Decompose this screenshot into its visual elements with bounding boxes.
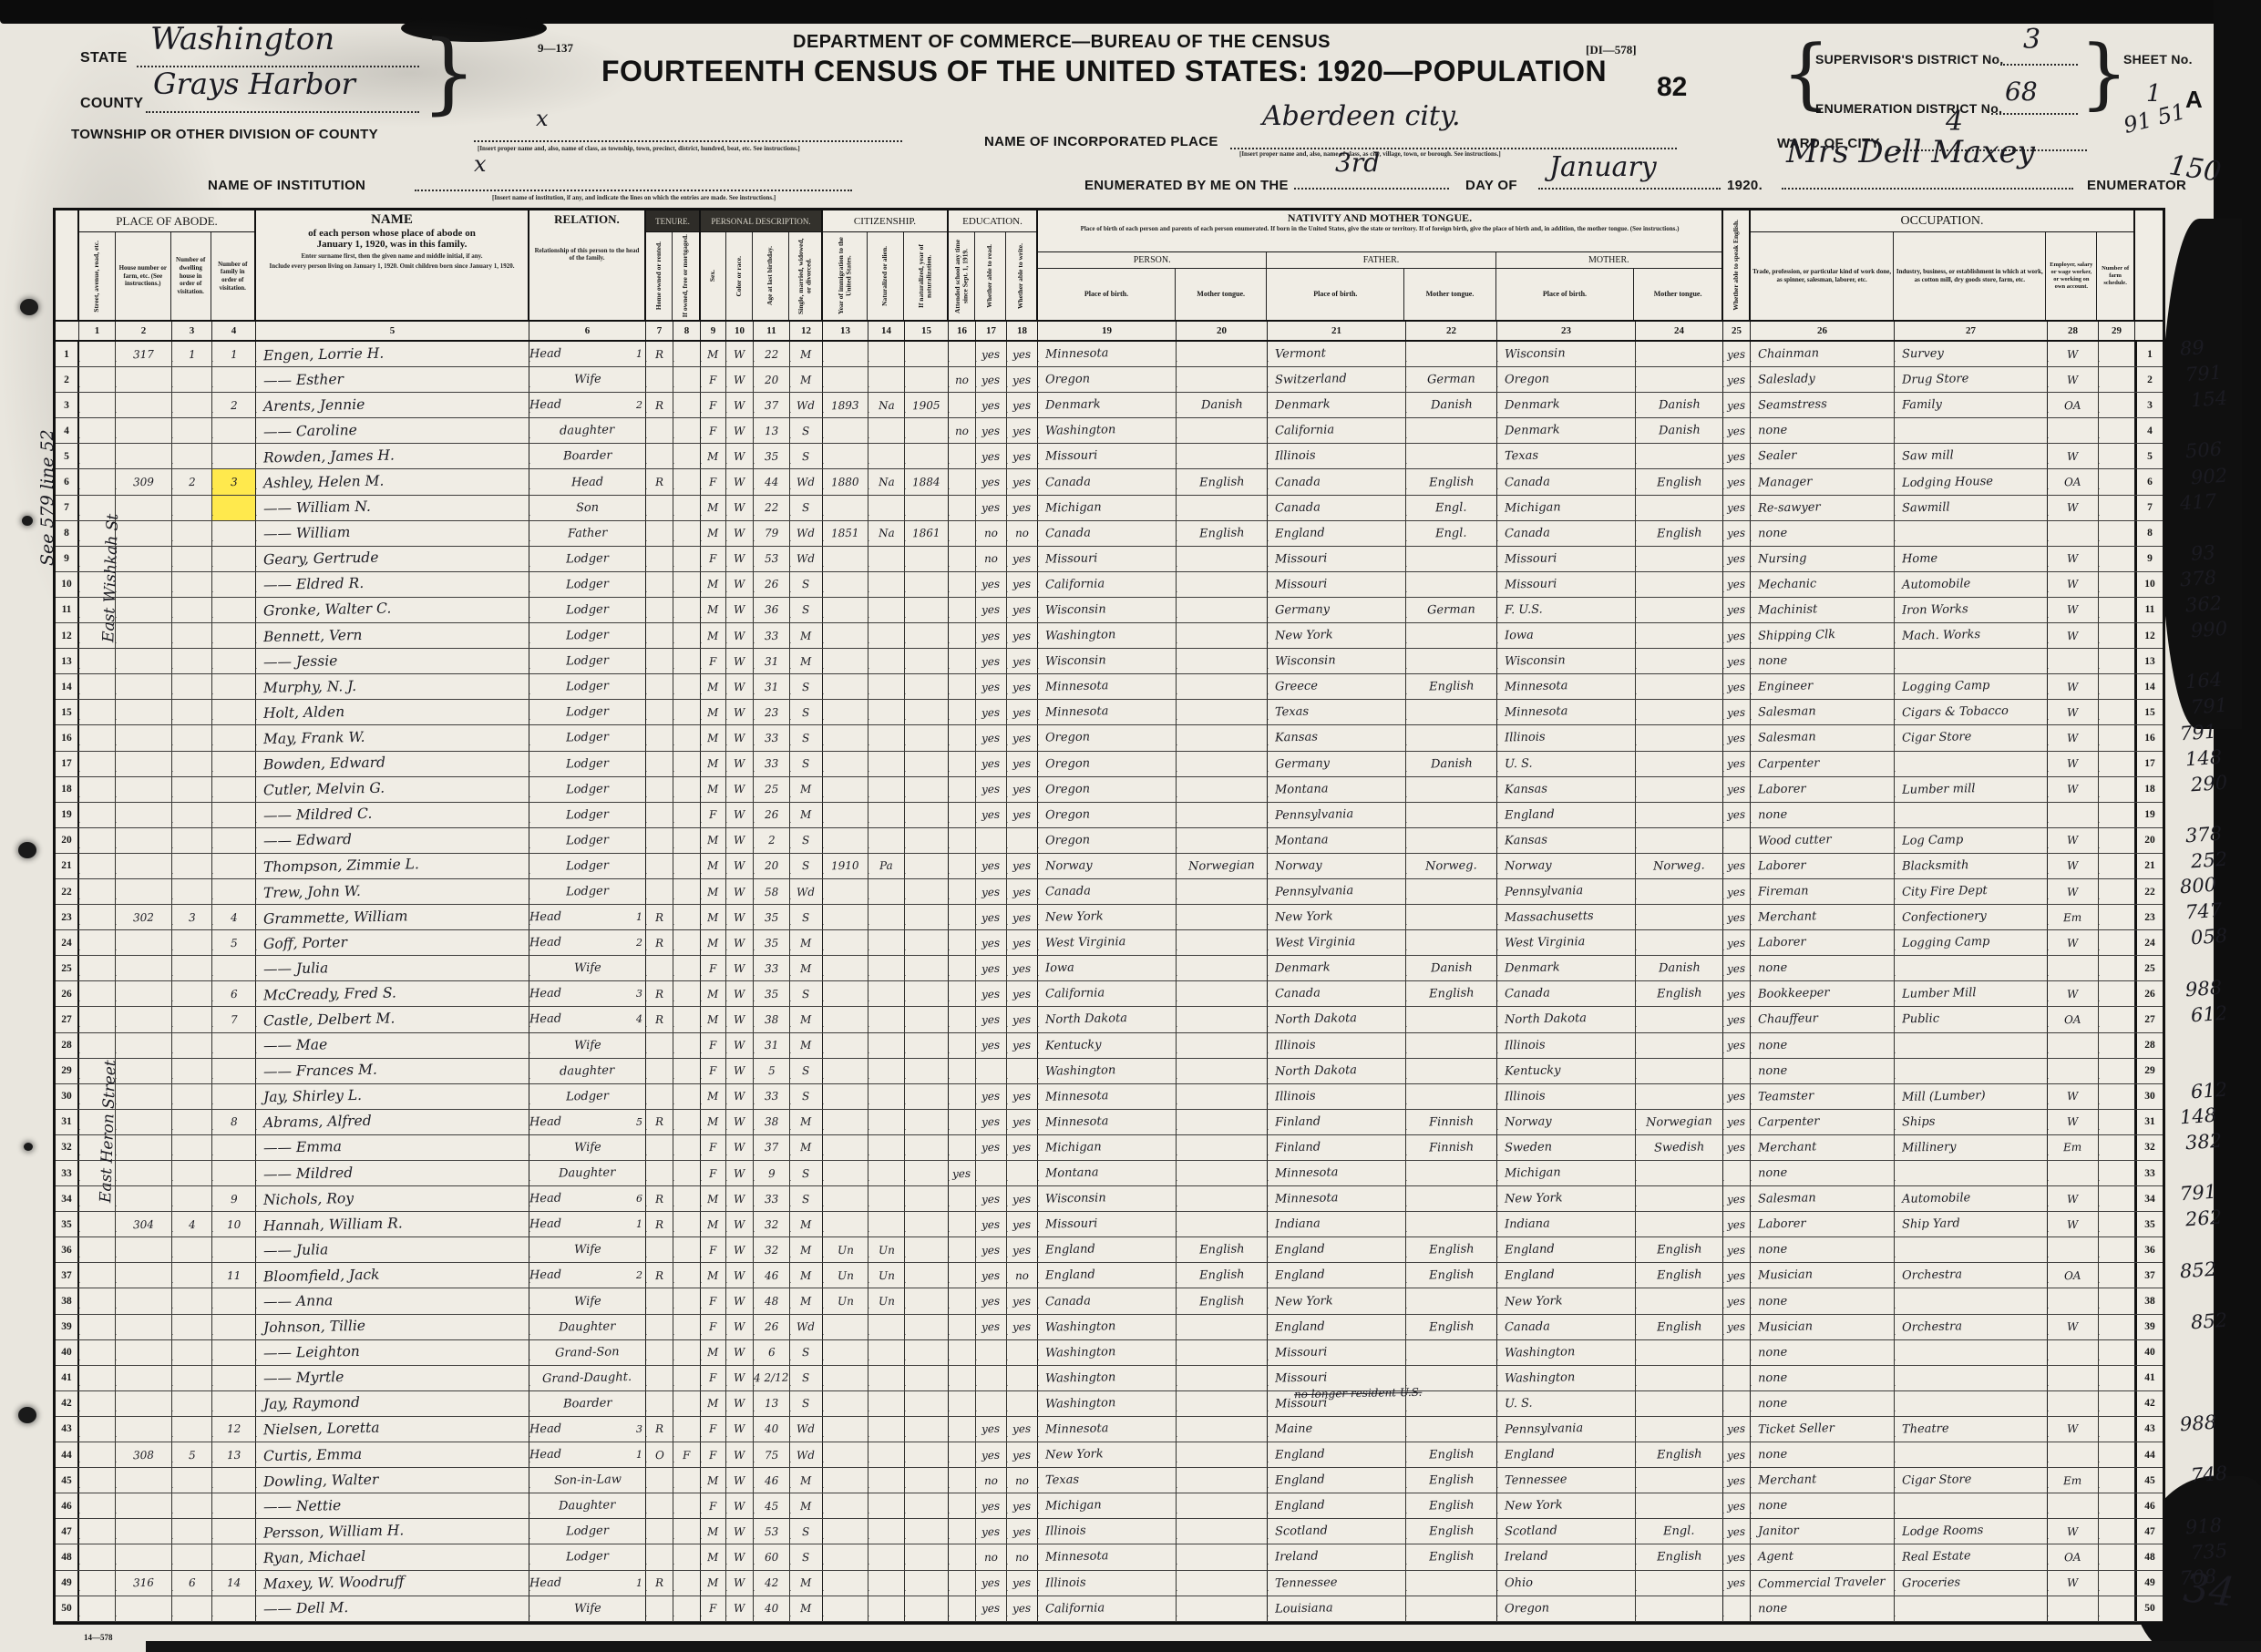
cell-tenure	[646, 803, 673, 827]
cell-write: yes	[1007, 367, 1038, 392]
enumerated-day: 3rd	[1335, 149, 1380, 176]
cell-mother-tongue	[1636, 700, 1723, 724]
cell-marital: Wd	[790, 1315, 823, 1339]
cell-tenure	[646, 623, 673, 648]
cell-dwelling	[172, 1084, 212, 1109]
cell-naturalized	[868, 1519, 905, 1544]
cell-dwelling	[172, 547, 212, 571]
cell-sex: F	[701, 1161, 726, 1185]
cell-name: —— Esther	[256, 367, 529, 392]
cell-house	[116, 1007, 172, 1031]
cell-person-tongue	[1177, 547, 1268, 571]
cell-school	[949, 572, 976, 597]
cell-sex: M	[701, 777, 726, 802]
cell-class: W	[2048, 1110, 2099, 1134]
cell-person-tongue	[1177, 828, 1268, 853]
cell-dwelling	[172, 1417, 212, 1442]
cell-color: W	[726, 1315, 754, 1339]
census-row: 50—— Dell M.WifeFW40MyesyesCaliforniaLou…	[56, 1596, 2163, 1622]
margin-number: 148	[2184, 745, 2223, 770]
cell-family: 12	[212, 1417, 256, 1442]
cell-family	[212, 1237, 256, 1262]
cell-person-tongue: English	[1177, 521, 1268, 546]
cell-english: yes	[1723, 444, 1751, 468]
cell-family	[212, 572, 256, 597]
cell-owned	[673, 700, 701, 724]
cell-relation: Head2	[529, 930, 646, 955]
cell-person-tongue	[1177, 1366, 1268, 1390]
cell-person-birth: Denmark	[1038, 393, 1177, 417]
census-row: 266McCready, Fred S.Head3RMW35SyesyesCal…	[56, 981, 2163, 1007]
cell-sex: M	[701, 1084, 726, 1109]
cell-english	[1723, 1596, 1751, 1621]
cell-person-birth: Wisconsin	[1038, 1186, 1177, 1211]
cell-read: yes	[976, 1571, 1007, 1596]
line-number-left: 22	[56, 879, 79, 904]
cell-owned	[673, 623, 701, 648]
cell-immigration	[823, 1544, 868, 1569]
cell-class: W	[2048, 342, 2099, 366]
cell-marital: S	[790, 598, 823, 622]
cell-father-birth: Scotland	[1268, 1519, 1406, 1544]
cell-farm	[2099, 469, 2135, 494]
cell-person-tongue: Norwegian	[1177, 854, 1268, 878]
cell-mother-tongue	[1636, 674, 1723, 699]
cell-person-tongue	[1177, 367, 1268, 392]
cell-write: yes	[1007, 905, 1038, 929]
cell-nat-year	[905, 1161, 949, 1185]
census-row: 35304410Hannah, William R.Head1RMW32Myes…	[56, 1212, 2163, 1237]
cell-father-tongue	[1406, 1212, 1497, 1236]
census-row: 14Murphy, N. J.LodgerMW31SyesyesMinnesot…	[56, 674, 2163, 700]
cell-house	[116, 674, 172, 699]
cell-person-tongue	[1177, 752, 1268, 776]
cell-occupation: Musician	[1751, 1263, 1895, 1288]
cell-school	[949, 1263, 976, 1288]
cell-father-birth: New York	[1268, 905, 1406, 929]
cell-class: W	[2048, 700, 2099, 724]
cell-read: yes	[976, 1186, 1007, 1211]
cell-father-tongue	[1406, 1596, 1497, 1621]
line-number-right: 28	[2135, 1033, 2163, 1058]
cell-name: Rowden, James H.	[256, 444, 529, 468]
cell-father-birth: Indiana	[1268, 1212, 1406, 1236]
cell-mother-birth: Washington	[1497, 1340, 1636, 1365]
cell-name: —— William N.	[256, 496, 529, 520]
cell-color: W	[726, 547, 754, 571]
cell-industry: Lumber mill	[1895, 777, 2048, 802]
col-mother-birth-head: Place of birth.	[1541, 288, 1588, 301]
cell-english: yes	[1723, 1468, 1751, 1493]
cell-father-tongue	[1406, 879, 1497, 904]
cell-mother-birth: Michigan	[1497, 1161, 1636, 1185]
cell-naturalized	[868, 1493, 905, 1518]
cell-school	[949, 854, 976, 878]
cell-relation: Wife	[529, 956, 646, 980]
line-number-left: 21	[56, 854, 79, 878]
cell-dwelling: 2	[172, 469, 212, 494]
cell-class: Em	[2048, 1135, 2099, 1160]
line-number-left: 29	[56, 1059, 79, 1083]
state-label: STATE	[80, 51, 128, 67]
cell-tenure	[646, 1237, 673, 1262]
census-row: 49316614Maxey, W. WoodruffHead1RMW42Myes…	[56, 1571, 2163, 1596]
cell-age: 6	[754, 1340, 790, 1365]
cell-name: —— Mildred	[256, 1161, 529, 1185]
cell-person-tongue	[1177, 674, 1268, 699]
cell-owned	[673, 930, 701, 955]
cell-naturalized: Na	[868, 469, 905, 494]
cell-industry: Automobile	[1895, 572, 2048, 597]
line-number-right: 21	[2135, 854, 2163, 878]
cell-nat-year	[905, 1493, 949, 1518]
cell-marital: M	[790, 803, 823, 827]
cell-sex: F	[701, 547, 726, 571]
col-number: 6	[529, 322, 646, 340]
cell-person-tongue	[1177, 572, 1268, 597]
col-number: 14	[868, 322, 905, 340]
census-row: 33—— MildredDaughterFW9SyesMontanaMinnes…	[56, 1161, 2163, 1186]
cell-owned	[673, 777, 701, 802]
cell-read: yes	[976, 803, 1007, 827]
cell-tenure	[646, 1161, 673, 1185]
cell-tenure	[646, 1288, 673, 1313]
cell-name: —— Jessie	[256, 649, 529, 673]
cell-marital: M	[790, 956, 823, 980]
group-abode: PLACE OF ABODE. Street, avenue, road, et…	[79, 210, 256, 320]
cell-marital: S	[790, 981, 823, 1006]
cell-read: yes	[976, 1110, 1007, 1134]
cell-read: no	[976, 1468, 1007, 1493]
group-tenure-label: TENURE.	[646, 210, 699, 232]
cell-dwelling	[172, 649, 212, 673]
cell-mother-birth: Illinois	[1497, 1084, 1636, 1109]
cell-father-tongue	[1406, 828, 1497, 853]
cell-industry	[1895, 1033, 2048, 1058]
cell-class: W	[2048, 854, 2099, 878]
line-number-left: 43	[56, 1417, 79, 1442]
cell-industry: Public	[1895, 1007, 2048, 1031]
cell-age: 36	[754, 598, 790, 622]
brace-left-block: }	[421, 27, 477, 119]
cell-write: yes	[1007, 1007, 1038, 1031]
cell-family	[212, 1288, 256, 1313]
cell-street	[79, 1237, 116, 1262]
cell-house	[116, 649, 172, 673]
col-english: Whether able to speak English.	[1723, 210, 1751, 320]
cell-farm	[2099, 1110, 2135, 1134]
cell-dwelling: 4	[172, 1212, 212, 1236]
cell-class: Em	[2048, 905, 2099, 929]
cell-read: yes	[976, 854, 1007, 878]
cell-school	[949, 1186, 976, 1211]
cell-read: yes	[976, 981, 1007, 1006]
cell-sex: M	[701, 598, 726, 622]
line-number-right: 2	[2135, 367, 2163, 392]
cell-age: 33	[754, 623, 790, 648]
cell-marital: S	[790, 572, 823, 597]
cell-age: 75	[754, 1442, 790, 1467]
cell-farm	[2099, 700, 2135, 724]
cell-mother-birth: Canada	[1497, 1315, 1636, 1339]
cell-immigration: 1880	[823, 469, 868, 494]
cell-color: W	[726, 1237, 754, 1262]
cell-person-tongue	[1177, 1110, 1268, 1134]
cell-age: 35	[754, 981, 790, 1006]
cell-family	[212, 854, 256, 878]
cell-farm	[2099, 1340, 2135, 1365]
census-row: 13—— JessieLodgerFW31MyesyesWisconsinWis…	[56, 649, 2163, 674]
cell-farm	[2099, 1442, 2135, 1467]
cell-person-tongue: Danish	[1177, 393, 1268, 417]
cell-tenure: R	[646, 1263, 673, 1288]
margin-number: 748	[2190, 1462, 2228, 1487]
cell-read: yes	[976, 1135, 1007, 1160]
cell-color: W	[726, 393, 754, 417]
cell-nat-year	[905, 649, 949, 673]
cell-person-tongue	[1177, 803, 1268, 827]
col-mortgage-head: If owned, free or mortgaged.	[682, 234, 689, 317]
group-abode-label: PLACE OF ABODE.	[79, 210, 254, 232]
cell-owned	[673, 547, 701, 571]
cell-color: W	[726, 1571, 754, 1596]
cell-mother-birth: Kansas	[1497, 777, 1636, 802]
cell-read	[976, 1340, 1007, 1365]
cell-occupation: Fireman	[1751, 879, 1895, 904]
cell-english: yes	[1723, 1212, 1751, 1236]
cell-father-birth: England	[1268, 1442, 1406, 1467]
column-number-strip: 1234567891011121314151617181920212223242…	[56, 322, 2163, 342]
cell-owned	[673, 1110, 701, 1134]
cell-name: Grammette, William	[256, 905, 529, 929]
dept-line: DEPARTMENT OF COMMERCE—BUREAU OF THE CEN…	[793, 33, 1331, 52]
cell-mother-tongue	[1636, 1007, 1723, 1031]
cell-school	[949, 1493, 976, 1518]
cell-immigration	[823, 1391, 868, 1416]
cell-house	[116, 1161, 172, 1185]
margin-number: 164	[2184, 669, 2223, 693]
cell-family	[212, 598, 256, 622]
cell-nat-year	[905, 1544, 949, 1569]
cell-class	[2048, 1442, 2099, 1467]
cell-father-tongue: English	[1406, 1519, 1497, 1544]
cell-nat-year: 1905	[905, 393, 949, 417]
cell-tenure	[646, 444, 673, 468]
cell-nat-year	[905, 725, 949, 750]
cell-occupation: Shipping Clk	[1751, 623, 1895, 648]
cell-owned	[673, 1391, 701, 1416]
cell-owned	[673, 342, 701, 366]
cell-name: Jay, Shirley L.	[256, 1084, 529, 1109]
cell-dwelling	[172, 725, 212, 750]
cell-person-birth: California	[1038, 572, 1177, 597]
cell-owned	[673, 1212, 701, 1236]
cell-father-tongue: Engl.	[1406, 521, 1497, 546]
cell-tenure	[646, 956, 673, 980]
cell-name: —— Julia	[256, 956, 529, 980]
cell-person-birth: Missouri	[1038, 547, 1177, 571]
cell-class: W	[2048, 725, 2099, 750]
cell-marital: Wd	[790, 393, 823, 417]
cell-person-tongue	[1177, 623, 1268, 648]
cell-mother-birth: U. S.	[1497, 752, 1636, 776]
census-row: 36—— JuliaWifeFW32MUnUnyesyesEnglandEngl…	[56, 1237, 2163, 1263]
cell-person-birth: Canada	[1038, 879, 1177, 904]
cell-mother-tongue: Norwegian	[1636, 1110, 1723, 1134]
cell-father-tongue: English	[1406, 1237, 1497, 1262]
cell-age: 45	[754, 1493, 790, 1518]
cell-class: OA	[2048, 1007, 2099, 1031]
cell-person-birth: England	[1038, 1237, 1177, 1262]
cell-immigration	[823, 1493, 868, 1518]
cell-mother-tongue	[1636, 1571, 1723, 1596]
cell-immigration	[823, 367, 868, 392]
line-number-right: 29	[2135, 1059, 2163, 1083]
cell-nat-year	[905, 1468, 949, 1493]
cell-dwelling	[172, 777, 212, 802]
line-number-left: 30	[56, 1084, 79, 1109]
line-number-left: 31	[56, 1110, 79, 1134]
cell-immigration	[823, 1212, 868, 1236]
cell-color: W	[726, 725, 754, 750]
cell-name: Ashley, Helen M.	[256, 469, 529, 494]
line-number-left: 32	[56, 1135, 79, 1160]
cell-father-tongue	[1406, 623, 1497, 648]
cell-age: 48	[754, 1288, 790, 1313]
cell-family	[212, 956, 256, 980]
cell-family	[212, 1340, 256, 1365]
cell-tenure: R	[646, 1571, 673, 1596]
cell-read: yes	[976, 752, 1007, 776]
cell-marital: Wd	[790, 879, 823, 904]
col-number: 18	[1007, 322, 1038, 340]
cell-name: —— Nettie	[256, 1493, 529, 1518]
line-number-left: 48	[56, 1544, 79, 1569]
cell-father-birth: Illinois	[1268, 444, 1406, 468]
cell-dwelling	[172, 623, 212, 648]
cell-mother-tongue: Danish	[1636, 393, 1723, 417]
cell-color: W	[726, 930, 754, 955]
cell-street	[79, 1263, 116, 1288]
cell-nat-year	[905, 342, 949, 366]
group-relation: RELATION. Relationship of this person to…	[529, 210, 646, 320]
cell-family: 2	[212, 393, 256, 417]
cell-family: 8	[212, 1110, 256, 1134]
cell-mother-tongue	[1636, 803, 1723, 827]
cell-english: yes	[1723, 547, 1751, 571]
cell-school	[949, 1544, 976, 1569]
cell-father-tongue	[1406, 1417, 1497, 1442]
cell-street	[79, 1417, 116, 1442]
cell-dwelling	[172, 1135, 212, 1160]
supervisor-value: 3	[2023, 26, 2040, 55]
col-trade-head: Trade, profession, or particular kind of…	[1751, 266, 1893, 286]
line-number-right: 18	[2135, 777, 2163, 802]
cell-mother-tongue	[1636, 1366, 1723, 1390]
cell-english: yes	[1723, 752, 1751, 776]
cell-marital: M	[790, 649, 823, 673]
cell-marital: S	[790, 1161, 823, 1185]
cell-nat-year	[905, 1033, 949, 1058]
cell-family	[212, 1059, 256, 1083]
cell-immigration	[823, 725, 868, 750]
cell-read: yes	[976, 342, 1007, 366]
margin-number: 791	[2179, 720, 2217, 744]
name-note-4: Include every person living on January 1…	[256, 262, 528, 270]
cell-immigration	[823, 803, 868, 827]
cell-english: yes	[1723, 496, 1751, 520]
line-number-left: 40	[56, 1340, 79, 1365]
cell-farm	[2099, 1519, 2135, 1544]
cell-marital: S	[790, 1186, 823, 1211]
cell-color: W	[726, 1007, 754, 1031]
cell-person-birth: Minnesota	[1038, 1544, 1177, 1569]
cell-immigration	[823, 1110, 868, 1134]
cell-industry	[1895, 1288, 2048, 1313]
cell-immigration	[823, 342, 868, 366]
cell-tenure	[646, 1366, 673, 1390]
cell-mother-birth: Tennessee	[1497, 1468, 1636, 1493]
cell-relation: Lodger	[529, 879, 646, 904]
line-number-left: 13	[56, 649, 79, 673]
cell-person-birth: West Virginia	[1038, 930, 1177, 955]
col-number: 24	[1636, 322, 1723, 340]
cell-class: W	[2048, 598, 2099, 622]
cell-marital: S	[790, 674, 823, 699]
supervisor-label: SUPERVISOR'S DISTRICT No.	[1815, 53, 2004, 67]
cell-english: yes	[1723, 367, 1751, 392]
cell-farm	[2099, 981, 2135, 1006]
subgroup-mother-label: MOTHER.	[1496, 252, 1721, 269]
cell-owned	[673, 1340, 701, 1365]
institution-note: [Insert name of institution, if any, and…	[492, 195, 884, 201]
cell-color: W	[726, 981, 754, 1006]
cell-school	[949, 674, 976, 699]
cell-naturalized	[868, 725, 905, 750]
cell-mother-birth: Norway	[1497, 1110, 1636, 1134]
cell-mother-tongue	[1636, 547, 1723, 571]
cell-person-birth: Minnesota	[1038, 674, 1177, 699]
cell-mother-tongue: Danish	[1636, 418, 1723, 443]
cell-dwelling	[172, 521, 212, 546]
cell-marital: Wd	[790, 1442, 823, 1467]
cell-write: yes	[1007, 956, 1038, 980]
margin-number: 362	[2184, 592, 2223, 617]
col-number: 15	[905, 322, 949, 340]
cell-relation: Wife	[529, 1288, 646, 1313]
cell-immigration	[823, 444, 868, 468]
cell-name: Dowling, Walter	[256, 1468, 529, 1493]
cell-father-tongue: German	[1406, 367, 1497, 392]
cell-father-birth: England	[1268, 1263, 1406, 1288]
cell-mother-birth: Minnesota	[1497, 674, 1636, 699]
cell-school	[949, 1417, 976, 1442]
cell-family	[212, 674, 256, 699]
line-number-left: 2	[56, 367, 79, 392]
census-row: 7—— William N.SonMW22SyesyesMichiganCana…	[56, 496, 2163, 521]
line-number-right: 15	[2135, 700, 2163, 724]
cell-color: W	[726, 496, 754, 520]
cell-mother-tongue	[1636, 649, 1723, 673]
cell-sex: M	[701, 1468, 726, 1493]
cell-marital: Wd	[790, 547, 823, 571]
cell-nat-year	[905, 879, 949, 904]
cell-english: yes	[1723, 521, 1751, 546]
cell-read: yes	[976, 1493, 1007, 1518]
cell-tenure	[646, 572, 673, 597]
census-row: 21Thompson, Zimmie L.LodgerMW20S1910Paye…	[56, 854, 2163, 879]
cell-mother-birth: Oregon	[1497, 1596, 1636, 1621]
